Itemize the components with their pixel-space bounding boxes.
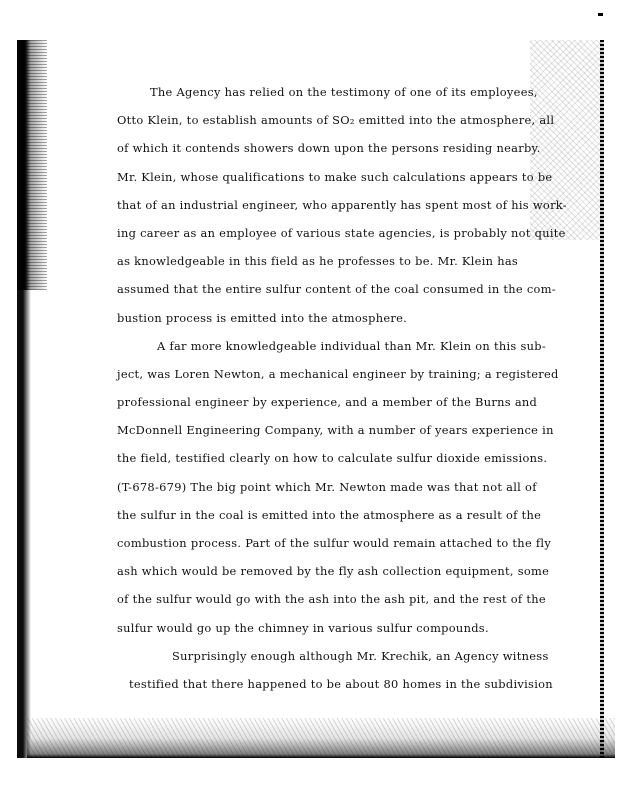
text-line: McDonnell Engineering Company, with a nu…: [117, 416, 557, 444]
text-line: the field, testified clearly on how to c…: [117, 444, 557, 472]
text-line: ject, was Loren Newton, a mechanical eng…: [117, 360, 557, 388]
corner-mark: [598, 13, 603, 16]
text-line: Otto Klein, to establish amounts of SO₂ …: [117, 106, 557, 134]
text-line: The Agency has relied on the testimony o…: [117, 78, 557, 106]
scan-edge-shadow-right: [600, 40, 604, 758]
text-line: of which it contends showers down upon t…: [117, 134, 557, 162]
text-line: the sulfur in the coal is emitted into t…: [117, 501, 557, 529]
text-line: of the sulfur would go with the ash into…: [117, 585, 557, 613]
text-line: that of an industrial engineer, who appa…: [117, 191, 557, 219]
text-line: ash which would be removed by the fly as…: [117, 557, 557, 585]
text-line: assumed that the entire sulfur content o…: [117, 275, 557, 303]
scanned-page: The Agency has relied on the testimony o…: [0, 0, 628, 800]
text-line: as knowledgeable in this field as he pro…: [117, 247, 557, 275]
text-line: combustion process. Part of the sulfur w…: [117, 529, 557, 557]
scan-edge-shadow-bottom: [27, 718, 615, 758]
text-line: sulfur would go up the chimney in variou…: [117, 614, 557, 642]
text-line: testified that there happened to be abou…: [117, 670, 557, 698]
text-line: Mr. Klein, whose qualifications to make …: [117, 163, 557, 191]
text-line: Surprisingly enough although Mr. Krechik…: [117, 642, 557, 670]
text-line: (T-678-679) The big point which Mr. Newt…: [117, 473, 557, 501]
scan-edge-shadow-left: [17, 40, 31, 758]
body-text: The Agency has relied on the testimony o…: [117, 78, 557, 698]
text-line: ing career as an employee of various sta…: [117, 219, 557, 247]
text-line: bustion process is emitted into the atmo…: [117, 304, 557, 332]
text-line: A far more knowledgeable individual than…: [117, 332, 557, 360]
text-line: professional engineer by experience, and…: [117, 388, 557, 416]
